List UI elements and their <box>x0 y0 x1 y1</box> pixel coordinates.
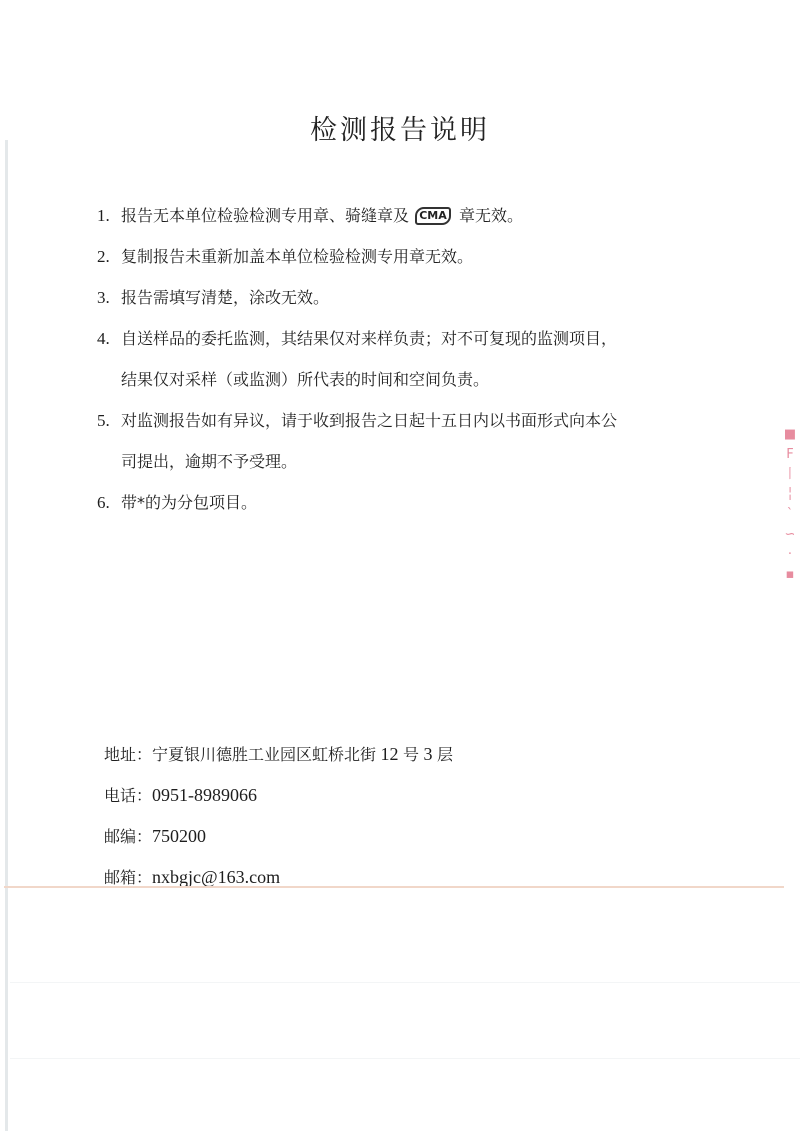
email-label: 邮箱： <box>104 868 152 887</box>
note-number: 5. <box>97 400 121 441</box>
note-number: 6. <box>97 482 121 523</box>
note-number: 3. <box>97 277 121 318</box>
stamp-fragment: ▪ <box>780 565 800 585</box>
note-number: 1. <box>97 195 121 236</box>
stamp-fragment: ˋ <box>780 505 800 525</box>
note-text: 带*的为分包项目。 <box>121 482 257 523</box>
note-text: 对监测报告如有异议，请于收到报告之日起十五日内以书面形式向本公 <box>121 400 617 441</box>
stamp-fragment: 丨 <box>780 465 800 485</box>
note-item-4-continued: 结果仅对采样（或监测）所代表的时间和空间负责。 <box>97 359 737 400</box>
note-number: 2. <box>97 236 121 277</box>
note-text: 复制报告未重新加盖本单位检验检测专用章无效。 <box>121 236 473 277</box>
address-label: 地址： <box>104 745 152 764</box>
phone-value: 0951-8989066 <box>152 785 257 805</box>
stamp-fragment: ∽ <box>780 525 800 545</box>
note-item-4: 4. 自送样品的委托监测，其结果仅对来样负责；对不可复现的监测项目， <box>97 318 737 359</box>
address-number: 12 <box>376 744 403 764</box>
note-text: 结果仅对采样（或监测）所代表的时间和空间负责。 <box>121 359 489 400</box>
note-text: 司提出，逾期不予受理。 <box>121 441 297 482</box>
notes-list: 1. 报告无本单位检验检测专用章、骑缝章及 CMA 章无效。 2. 复制报告未重… <box>97 195 737 523</box>
contact-info: 地址：宁夏银川德胜工业园区虹桥北街 12 号 3 层 电话：0951-89890… <box>104 734 453 898</box>
document-page: 检测报告说明 1. 报告无本单位检验检测专用章、骑缝章及 CMA 章无效。 2.… <box>0 0 800 1131</box>
cma-logo-icon: CMA <box>415 207 451 225</box>
email-line: 邮箱：nxbgjc@163.com <box>104 857 453 898</box>
note-text: 自送样品的委托监测，其结果仅对来样负责；对不可复现的监测项目， <box>121 318 617 359</box>
stamp-fragment: · <box>780 545 800 565</box>
note-text: 章无效。 <box>459 195 523 236</box>
stamp-fragment: ■ <box>780 425 800 445</box>
phone-label: 电话： <box>104 786 152 805</box>
page-title: 检测报告说明 <box>0 108 800 147</box>
note-item-2: 2. 复制报告未重新加盖本单位检验检测专用章无效。 <box>97 236 737 277</box>
address-floor-unit: 层 <box>437 745 453 764</box>
note-item-5: 5. 对监测报告如有异议，请于收到报告之日起十五日内以书面形式向本公 <box>97 400 737 441</box>
postcode-line: 邮编：750200 <box>104 816 453 857</box>
footer-divider <box>4 886 784 888</box>
note-item-3: 3. 报告需填写清楚，涂改无效。 <box>97 277 737 318</box>
postcode-value: 750200 <box>152 826 206 846</box>
stamp-fragment: ╎ <box>780 485 800 505</box>
phone-line: 电话：0951-8989066 <box>104 775 453 816</box>
address-value: 宁夏银川德胜工业园区虹桥北街 <box>152 745 376 764</box>
postcode-label: 邮编： <box>104 827 152 846</box>
note-item-6: 6. 带*的为分包项目。 <box>97 482 737 523</box>
red-seam-stamp-icon: ■ F 丨 ╎ ˋ ∽ · ▪ <box>780 425 800 585</box>
address-floor-number: 3 <box>419 744 437 764</box>
note-item-5-continued: 司提出，逾期不予受理。 <box>97 441 737 482</box>
email-value: nxbgjc@163.com <box>152 867 280 887</box>
address-line: 地址：宁夏银川德胜工业园区虹桥北街 12 号 3 层 <box>104 734 453 775</box>
stamp-fragment: F <box>780 445 800 465</box>
note-item-1: 1. 报告无本单位检验检测专用章、骑缝章及 CMA 章无效。 <box>97 195 737 236</box>
note-text: 报告无本单位检验检测专用章、骑缝章及 <box>121 195 409 236</box>
address-unit: 号 <box>403 745 419 764</box>
note-text: 报告需填写清楚，涂改无效。 <box>121 277 329 318</box>
faint-scan-line <box>10 982 800 983</box>
faint-scan-line <box>10 1058 800 1059</box>
scan-edge-line <box>5 140 8 1131</box>
note-number: 4. <box>97 318 121 359</box>
